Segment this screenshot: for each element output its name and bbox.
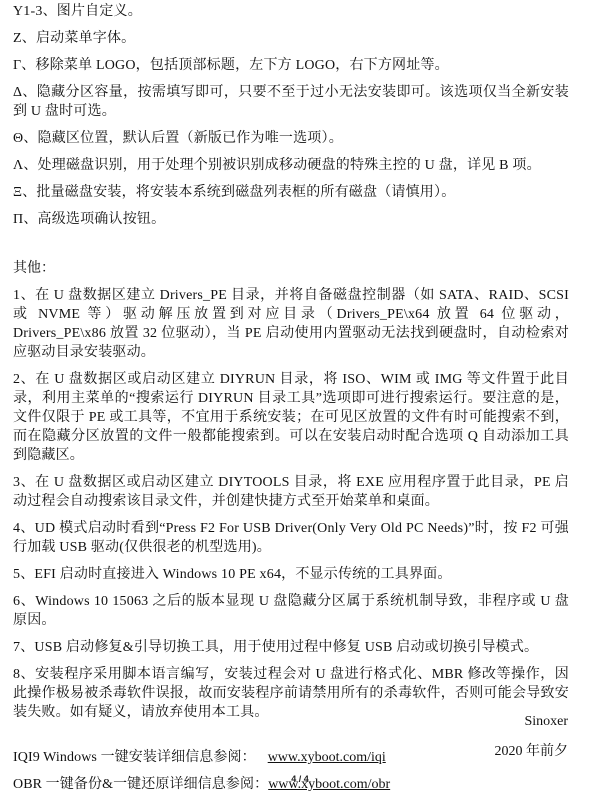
- option-item-z: Z、启动菜单字体。: [13, 29, 569, 48]
- option-marker: Π: [13, 212, 23, 227]
- option-text: 、移除菜单 LOGO，包括顶部标题，左下方 LOGO，右下方网址等。: [21, 58, 449, 73]
- option-text: 、高级选项确认按钮。: [23, 212, 165, 227]
- option-item-delta: Δ、隐藏分区容量，按需填写即可，只要不至于过小无法安装即可。该选项仅当全新安装到…: [13, 83, 569, 121]
- signature-date: 2020 年前夕: [495, 742, 569, 761]
- note-text: 、Windows 10 15063 之后的版本显现 U 盘隐藏分区属于系统机制导…: [13, 594, 569, 628]
- other-notes-list: 1、在 U 盘数据区建立 Drivers_PE 目录，并将自备磁盘控制器（如 S…: [13, 286, 569, 722]
- note-item-3: 3、在 U 盘数据区或启动区建立 DIYTOOLS 目录，将 EXE 应用程序置…: [13, 473, 569, 511]
- option-marker: Y1-3: [13, 4, 43, 19]
- author-name: Sinoxer: [495, 712, 569, 731]
- other-heading: 其他：: [13, 259, 569, 278]
- note-text: 、在 U 盘数据区或启动区建立 DIYTOOLS 目录，将 EXE 应用程序置于…: [13, 475, 569, 509]
- page-number: 4 / 4: [0, 774, 600, 784]
- note-text: 、USB 启动修复&引导切换工具，用于使用过程中修复 USB 启动或切换引导模式…: [20, 640, 538, 655]
- option-item-pi: Π、高级选项确认按钮。: [13, 210, 569, 229]
- option-item-gamma: Γ、移除菜单 LOGO，包括顶部标题，左下方 LOGO，右下方网址等。: [13, 56, 569, 75]
- document-page: Y1-3、图片自定义。 Z、启动菜单字体。 Γ、移除菜单 LOGO，包括顶部标题…: [13, 2, 569, 800]
- option-marker: Λ: [13, 158, 23, 173]
- references: IQI9 Windows 一键安装详细信息参阅：www.xyboot.com/i…: [13, 748, 569, 794]
- spacer: [13, 237, 569, 259]
- option-item-xi: Ξ、批量磁盘安装，将安装本系统到磁盘列表框的所有磁盘（请慎用）。: [13, 183, 569, 202]
- note-item-2: 2、在 U 盘数据区或启动区建立 DIYRUN 目录，将 ISO、WIM 或 I…: [13, 370, 569, 465]
- note-text: 、UD 模式启动时看到“Press F2 For USB Driver(Only…: [13, 521, 569, 555]
- note-text: 、EFI 启动时直接进入 Windows 10 PE x64，不显示传统的工具界…: [20, 567, 451, 582]
- iqi-link[interactable]: www.xyboot.com/iqi: [268, 750, 386, 765]
- option-item-theta: Θ、隐藏区位置，默认后置（新版已作为唯一选项）。: [13, 129, 569, 148]
- note-text: 、安装程序采用脚本语言编写，安装过程会对 U 盘进行格式化、MBR 修改等操作，…: [13, 667, 569, 720]
- spacer: [13, 730, 569, 748]
- reference-iqi: IQI9 Windows 一键安装详细信息参阅：www.xyboot.com/i…: [13, 748, 569, 767]
- note-item-1: 1、在 U 盘数据区建立 Drivers_PE 目录，并将自备磁盘控制器（如 S…: [13, 286, 569, 362]
- note-text: 、在 U 盘数据区建立 Drivers_PE 目录，并将自备磁盘控制器（如 SA…: [13, 288, 569, 360]
- option-text: 、启动菜单字体。: [22, 31, 136, 46]
- option-text: 、处理磁盘识别，用于处理个别被识别成移动硬盘的特殊主控的 U 盘，详见 B 项。: [23, 158, 540, 173]
- option-item-lambda: Λ、处理磁盘识别，用于处理个别被识别成移动硬盘的特殊主控的 U 盘，详见 B 项…: [13, 156, 569, 175]
- option-item-y: Y1-3、图片自定义。: [13, 2, 569, 21]
- option-marker: Ξ: [13, 185, 22, 200]
- option-text: 、隐藏区位置，默认后置（新版已作为唯一选项）。: [23, 131, 343, 146]
- option-text: 、批量磁盘安装，将安装本系统到磁盘列表框的所有磁盘（请慎用）。: [22, 185, 455, 200]
- reference-label: IQI9 Windows 一键安装详细信息参阅：: [13, 750, 256, 765]
- option-marker: Z: [13, 31, 22, 46]
- note-item-4: 4、UD 模式启动时看到“Press F2 For USB Driver(Onl…: [13, 519, 569, 557]
- note-item-8: 8、安装程序采用脚本语言编写，安装过程会对 U 盘进行格式化、MBR 修改等操作…: [13, 665, 569, 722]
- note-item-6: 6、Windows 10 15063 之后的版本显现 U 盘隐藏分区属于系统机制…: [13, 592, 569, 630]
- option-marker: Δ: [13, 85, 22, 100]
- note-item-7: 7、USB 启动修复&引导切换工具，用于使用过程中修复 USB 启动或切换引导模…: [13, 638, 569, 657]
- option-marker: Θ: [13, 131, 23, 146]
- option-text: 、隐藏分区容量，按需填写即可，只要不至于过小无法安装即可。该选项仅当全新安装到 …: [13, 85, 569, 119]
- option-text: 、图片自定义。: [43, 4, 142, 19]
- options-list: Y1-3、图片自定义。 Z、启动菜单字体。 Γ、移除菜单 LOGO，包括顶部标题…: [13, 2, 569, 229]
- signature: Sinoxer 2020 年前夕: [495, 712, 569, 772]
- note-text: 、在 U 盘数据区或启动区建立 DIYRUN 目录，将 ISO、WIM 或 IM…: [13, 372, 569, 463]
- note-item-5: 5、EFI 启动时直接进入 Windows 10 PE x64，不显示传统的工具…: [13, 565, 569, 584]
